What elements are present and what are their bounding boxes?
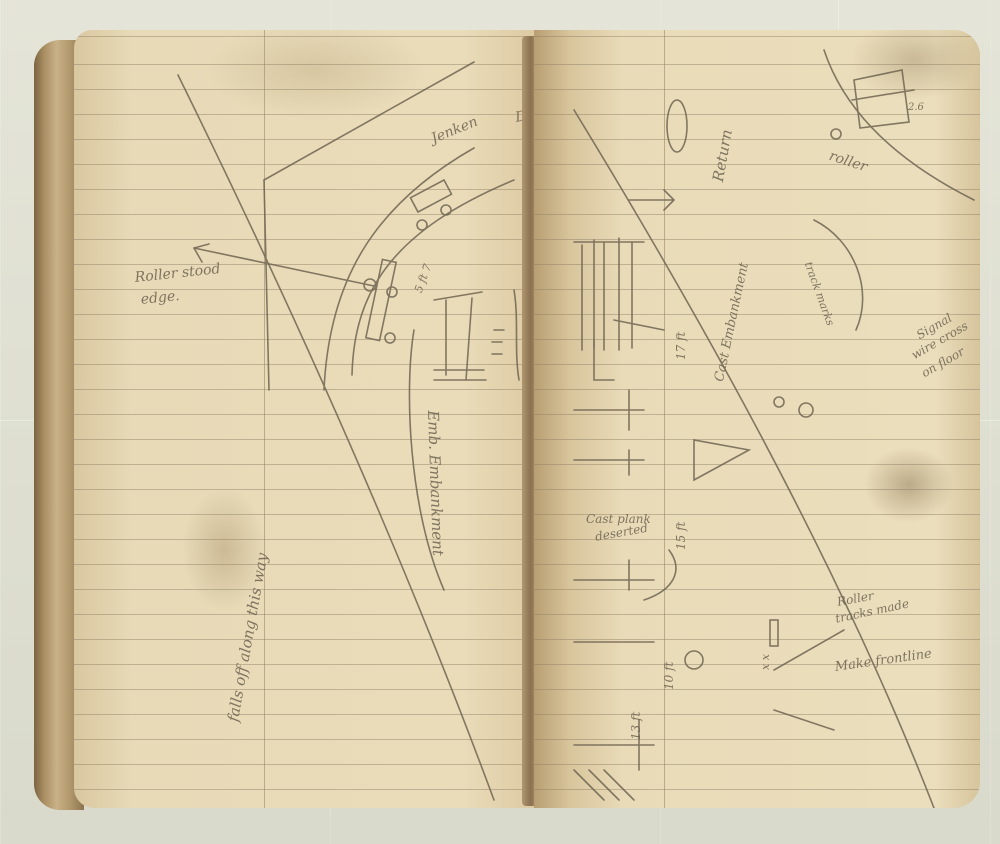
road-curve [824, 50, 974, 200]
note-measure-10ft: 10 ft [662, 662, 676, 690]
right-page: Return roller 2.6 Cast Embankment 17 ft … [534, 30, 980, 808]
note-measure-17ft: 17 ft [674, 332, 688, 360]
road-curve-outer [324, 148, 474, 390]
note-x-mark: x x [759, 654, 772, 670]
left-page: Roller stood edge. Jenken D falls off al… [74, 30, 560, 808]
note-measure-top: 2.6 [908, 102, 924, 113]
diagonal-line [574, 110, 934, 808]
road-curve-inner [352, 180, 514, 375]
note-measure-15ft: 15 ft [674, 522, 688, 550]
notebook: Roller stood edge. Jenken D falls off al… [34, 30, 982, 812]
note-measure-13ft: 13 ft [629, 712, 643, 740]
left-sketch [74, 30, 560, 808]
right-sketch [534, 30, 980, 808]
road-edge-top [264, 62, 474, 180]
